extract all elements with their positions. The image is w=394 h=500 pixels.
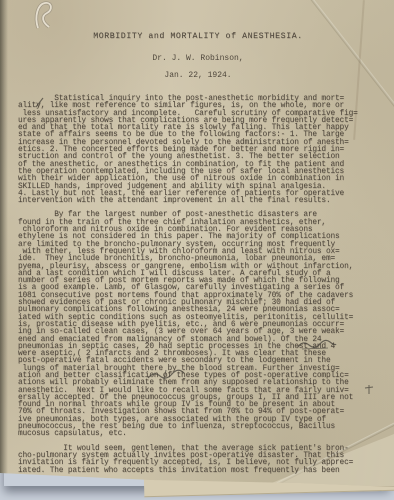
- pencil-t-mark-icon: [364, 384, 375, 396]
- document-date: Jan. 22, 1924.: [18, 71, 378, 80]
- paragraph-2: By far the largest number of post-anesth…: [18, 212, 378, 438]
- page-left-edge-shadow: [0, 0, 8, 492]
- scanned-page-scene: MORBIDITY and MORTALITY of ANESTHESIA. D…: [0, 0, 394, 500]
- staple-icon: [30, 0, 64, 32]
- paragraph-1: Statistical inquiry into the post-anesth…: [18, 96, 378, 205]
- document-title: MORBIDITY and MORTALITY of ANESTHESIA.: [18, 32, 378, 41]
- document-author: Dr. J. W. Robinson,: [18, 54, 378, 63]
- pencil-scribble-icon: [146, 368, 188, 382]
- paragraph-3: It would seem, gentlemen, that the avera…: [18, 446, 378, 475]
- pencil-caret-icon: [34, 97, 46, 109]
- typed-text-block: MORBIDITY and MORTALITY of ANESTHESIA. D…: [18, 0, 378, 482]
- document-page: MORBIDITY and MORTALITY of ANESTHESIA. D…: [0, 0, 394, 492]
- pencil-scribble-icon: [296, 338, 338, 352]
